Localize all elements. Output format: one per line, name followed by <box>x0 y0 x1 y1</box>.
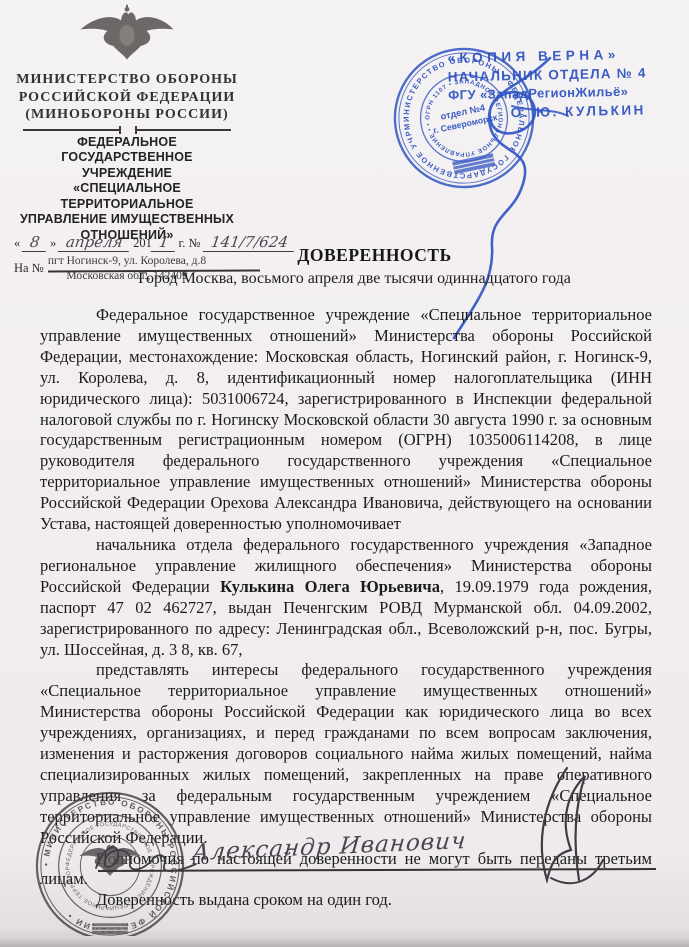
letterhead-divider <box>23 129 231 131</box>
ministry-line: РОССИЙСКОЙ ФЕДЕРАЦИИ <box>12 89 242 107</box>
kulkin-signature-stroke <box>392 46 622 346</box>
attorney-signature-stroke <box>495 760 630 892</box>
institution-name: ФЕДЕРАЛЬНОЕ ГОСУДАРСТВЕННОЕ УЧРЕЖДЕНИЕ «… <box>12 135 242 244</box>
paragraph-principal: Федеральное государственное учреждение «… <box>40 305 652 535</box>
ministry-name: МИНИСТЕРСТВО ОБОРОНЫ РОССИЙСКОЙ ФЕДЕРАЦИ… <box>12 71 242 124</box>
quote-open: « <box>14 236 20 251</box>
ministry-line: (МИНОБОРОНЫ РОССИИ) <box>12 106 242 124</box>
institution-line: «СПЕЦИАЛЬНОЕ ТЕРРИТОРИАЛЬНОЕ <box>12 181 242 212</box>
institution-line: УПРАВЛЕНИЕ ИМУЩЕСТВЕННЫХ <box>12 212 242 228</box>
attorney-name: Кулькина Олега Юрьевича <box>220 577 440 596</box>
institution-line: УЧРЕЖДЕНИЕ <box>12 166 242 182</box>
place-and-date: Город Москва, восьмого апреля две тысячи… <box>20 270 689 288</box>
quote-close: » <box>50 236 56 251</box>
scanned-document-page: МИНИСТЕРСТВО ОБОРОНЫ РОССИЙСКОЙ ФЕДЕРАЦИ… <box>0 0 689 947</box>
black-seal-hatch-block <box>92 923 128 934</box>
paragraph-attorney: начальника отдела федерального государст… <box>40 535 652 660</box>
ministry-line: МИНИСТЕРСТВО ОБОРОНЫ <box>12 71 242 89</box>
institution-line: ФЕДЕРАЛЬНОЕ ГОСУДАРСТВЕННОЕ <box>12 135 242 166</box>
orekhov-signature-stroke <box>90 836 202 882</box>
mod-eagle-emblem-icon <box>68 4 186 64</box>
handwritten-day: 8 <box>22 233 48 252</box>
scan-bottom-edge <box>0 936 689 947</box>
document-title: ДОВЕРЕННОСТЬ <box>60 245 689 266</box>
